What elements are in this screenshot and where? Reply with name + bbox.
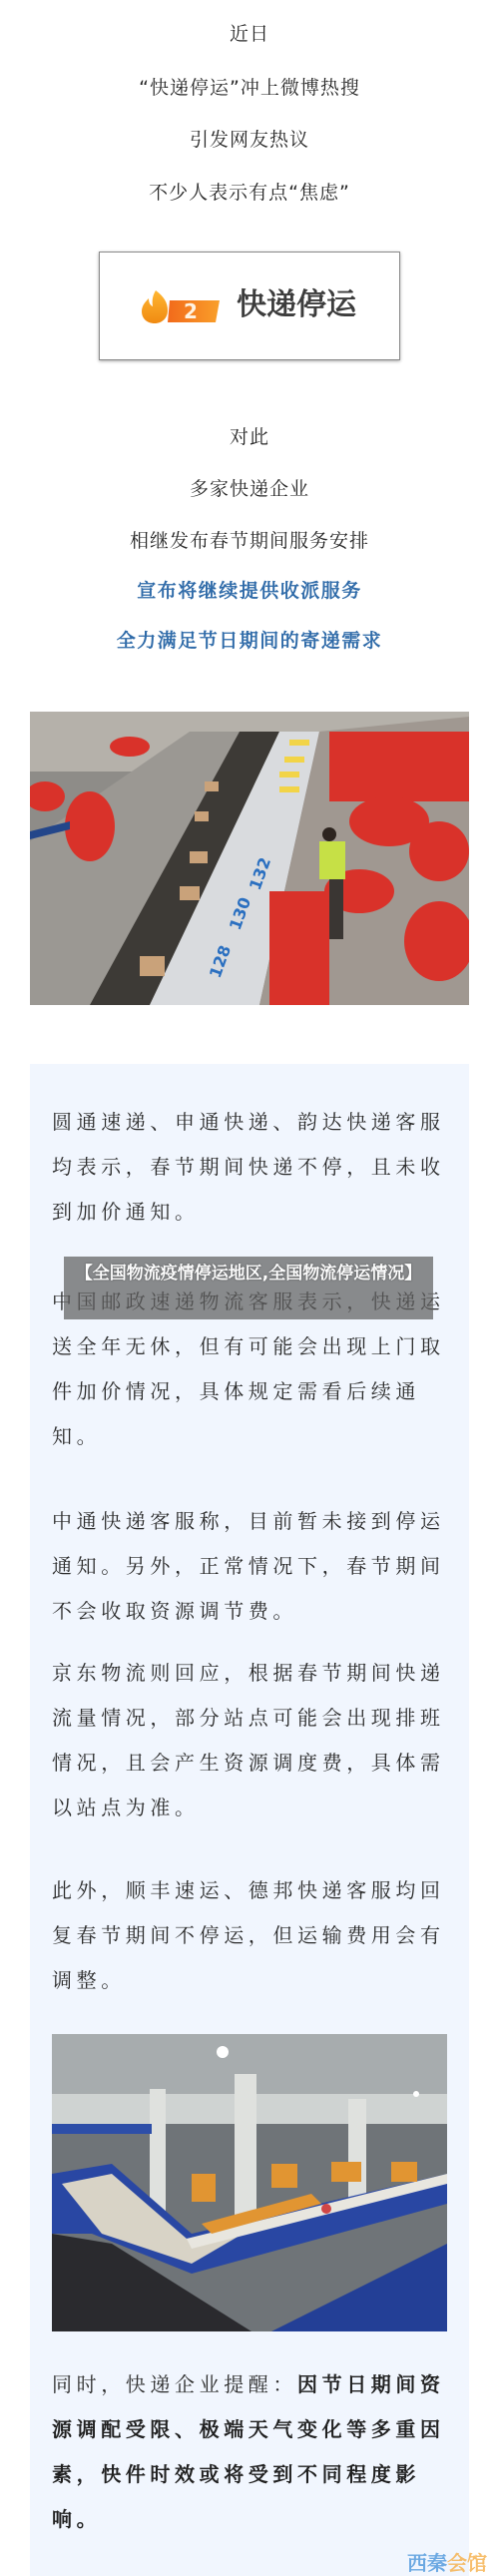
site-watermark: 西秦会馆 xyxy=(407,2547,487,2576)
intro-line-2: “快递停运”冲上微博热搜 xyxy=(0,76,499,100)
paragraph-1: 圆通速递、申通快递、韵达快递客服均表示，春节期间快递不停，且未收到加价通知。 xyxy=(52,1100,451,1235)
flame-rank-icon: 2 xyxy=(142,288,220,324)
intro-line-1: 近日 xyxy=(0,22,499,46)
paragraph-5: 此外，顺丰速运、德邦快递客服均回复春节期间不停运，但运输费用会有调整。 xyxy=(52,1868,451,2003)
hot-search-card: 2 快递停运 xyxy=(99,252,400,360)
intro-line-4: 不少人表示有点“焦虑” xyxy=(0,181,499,205)
intro-line-3: 引发网友热议 xyxy=(0,128,499,152)
svg-text:2: 2 xyxy=(184,299,198,323)
overlay-title: 【全国物流疫情停运地区,全国物流停运情况】 xyxy=(64,1261,433,1287)
paragraph-4: 京东物流则回应，根据春节期间快递流量情况，部分站点可能会出现排班情况，且会产生资… xyxy=(52,1651,451,1830)
response-line-3: 相继发布春节期间服务安排 xyxy=(0,529,499,553)
highlight-line-2: 全力满足节日期间的寄递需求 xyxy=(0,629,499,653)
watermark-part1: 西秦 xyxy=(407,2551,447,2575)
title-overlay-banner: 【全国物流疫情停运地区,全国物流停运情况】 xyxy=(64,1257,433,1319)
response-line-2: 多家快递企业 xyxy=(0,477,499,501)
highlight-line-1: 宣布将继续提供收派服务 xyxy=(0,579,499,603)
response-line-1: 对此 xyxy=(0,425,499,449)
hot-search-title: 快递停运 xyxy=(237,285,356,325)
watermark-part2: 会馆 xyxy=(447,2551,487,2575)
paragraph-6: 同时，快递企业提醒：因节日期间资源调配受限、极端天气变化等多重因素，快件时效或将… xyxy=(52,2362,451,2542)
paragraph-6-lead: 同时，快递企业提醒： xyxy=(52,2372,297,2396)
paragraph-3: 中通快递客服称，目前暂未接到停运通知。另外，正常情况下，春节期间不会收取资源调节… xyxy=(52,1499,451,1634)
sorting-center-photo xyxy=(52,2034,447,2331)
sorting-conveyor-photo: 128 130 132 xyxy=(30,712,469,1005)
